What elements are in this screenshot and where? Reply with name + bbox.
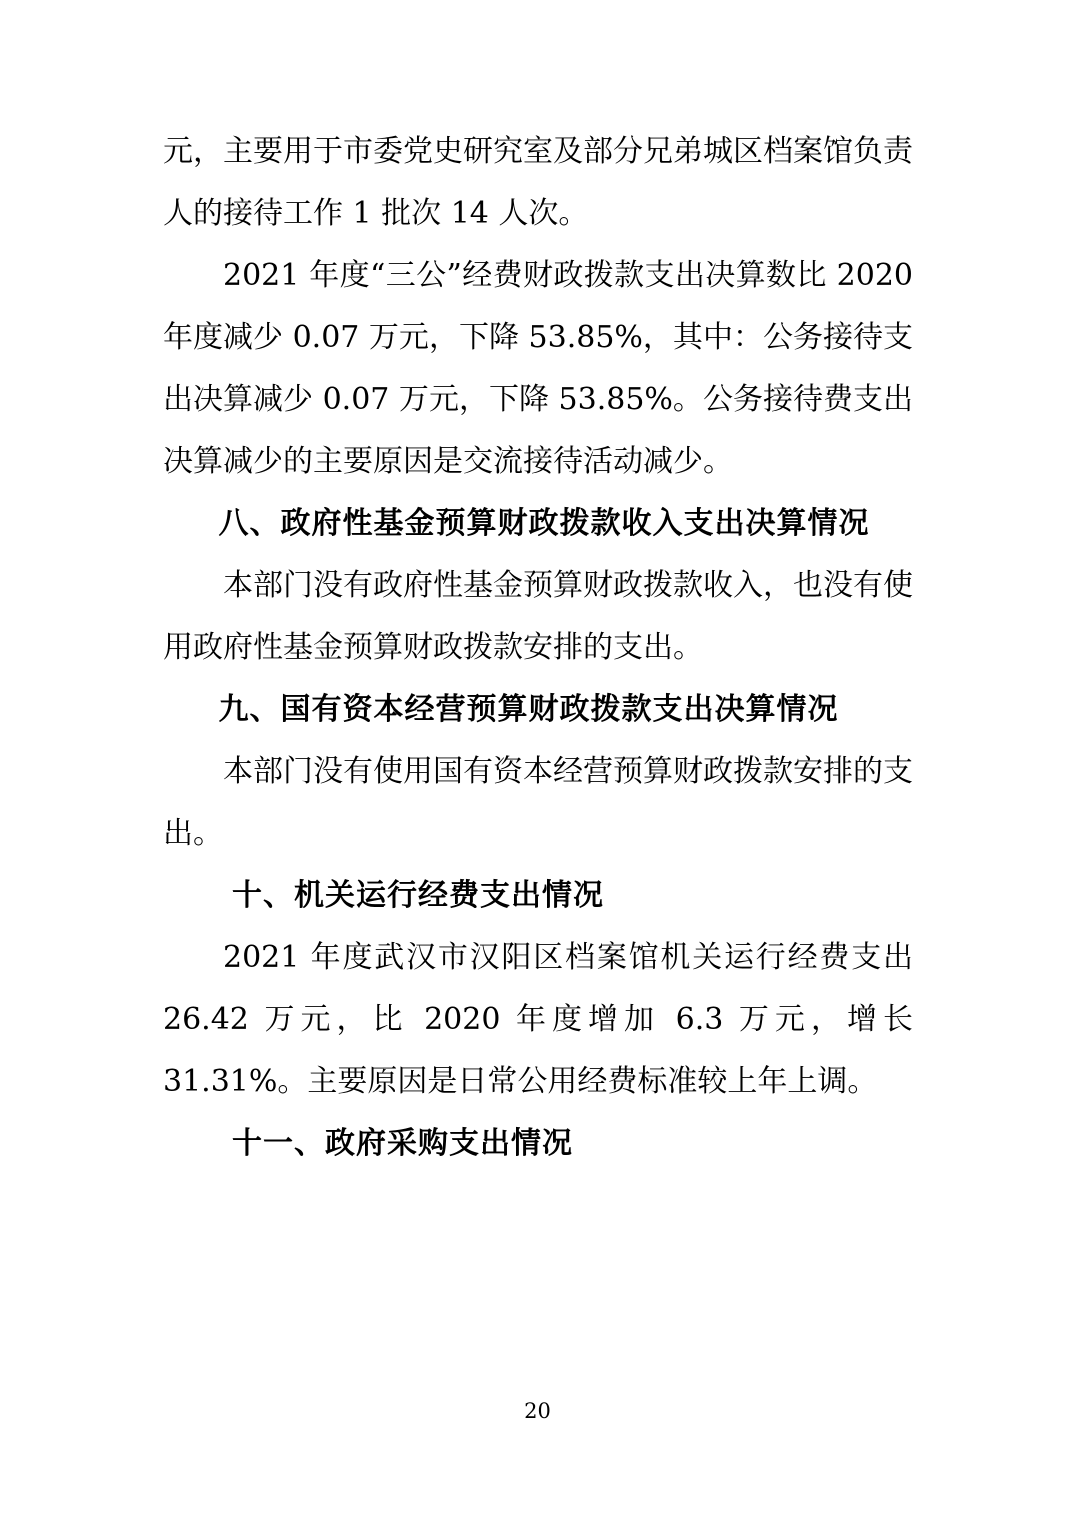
- heading-section-8-government-fund-budget: 八、政府性基金预算财政拨款收入支出决算情况: [163, 493, 913, 555]
- paragraph-government-fund: 本部门没有政府性基金预算财政拨款收入，也没有使用政府性基金预算财政拨款安排的支出…: [163, 555, 913, 679]
- page-number: 20: [0, 1398, 1075, 1424]
- heading-section-10-operating-expense: 十、机关运行经费支出情况: [163, 865, 913, 927]
- heading-section-9-state-capital-budget: 九、国有资本经营预算财政拨款支出决算情况: [163, 679, 913, 741]
- paragraph-operating-expense: 2021 年度武汉市汉阳区档案馆机关运行经费支出 26.42 万元，比 2020…: [163, 927, 913, 1113]
- paragraph-state-capital: 本部门没有使用国有资本经营预算财政拨款安排的支出。: [163, 741, 913, 865]
- paragraph-sangong-comparison: 2021 年度“三公”经费财政拨款支出决算数比 2020 年度减少 0.07 万…: [163, 245, 913, 493]
- paragraph-reception-continuation: 元，主要用于市委党史研究室及部分兄弟城区档案馆负责人的接待工作 1 批次 14 …: [163, 121, 913, 245]
- document-body: 元，主要用于市委党史研究室及部分兄弟城区档案馆负责人的接待工作 1 批次 14 …: [163, 121, 913, 1175]
- heading-section-11-government-procurement: 十一、政府采购支出情况: [163, 1113, 913, 1175]
